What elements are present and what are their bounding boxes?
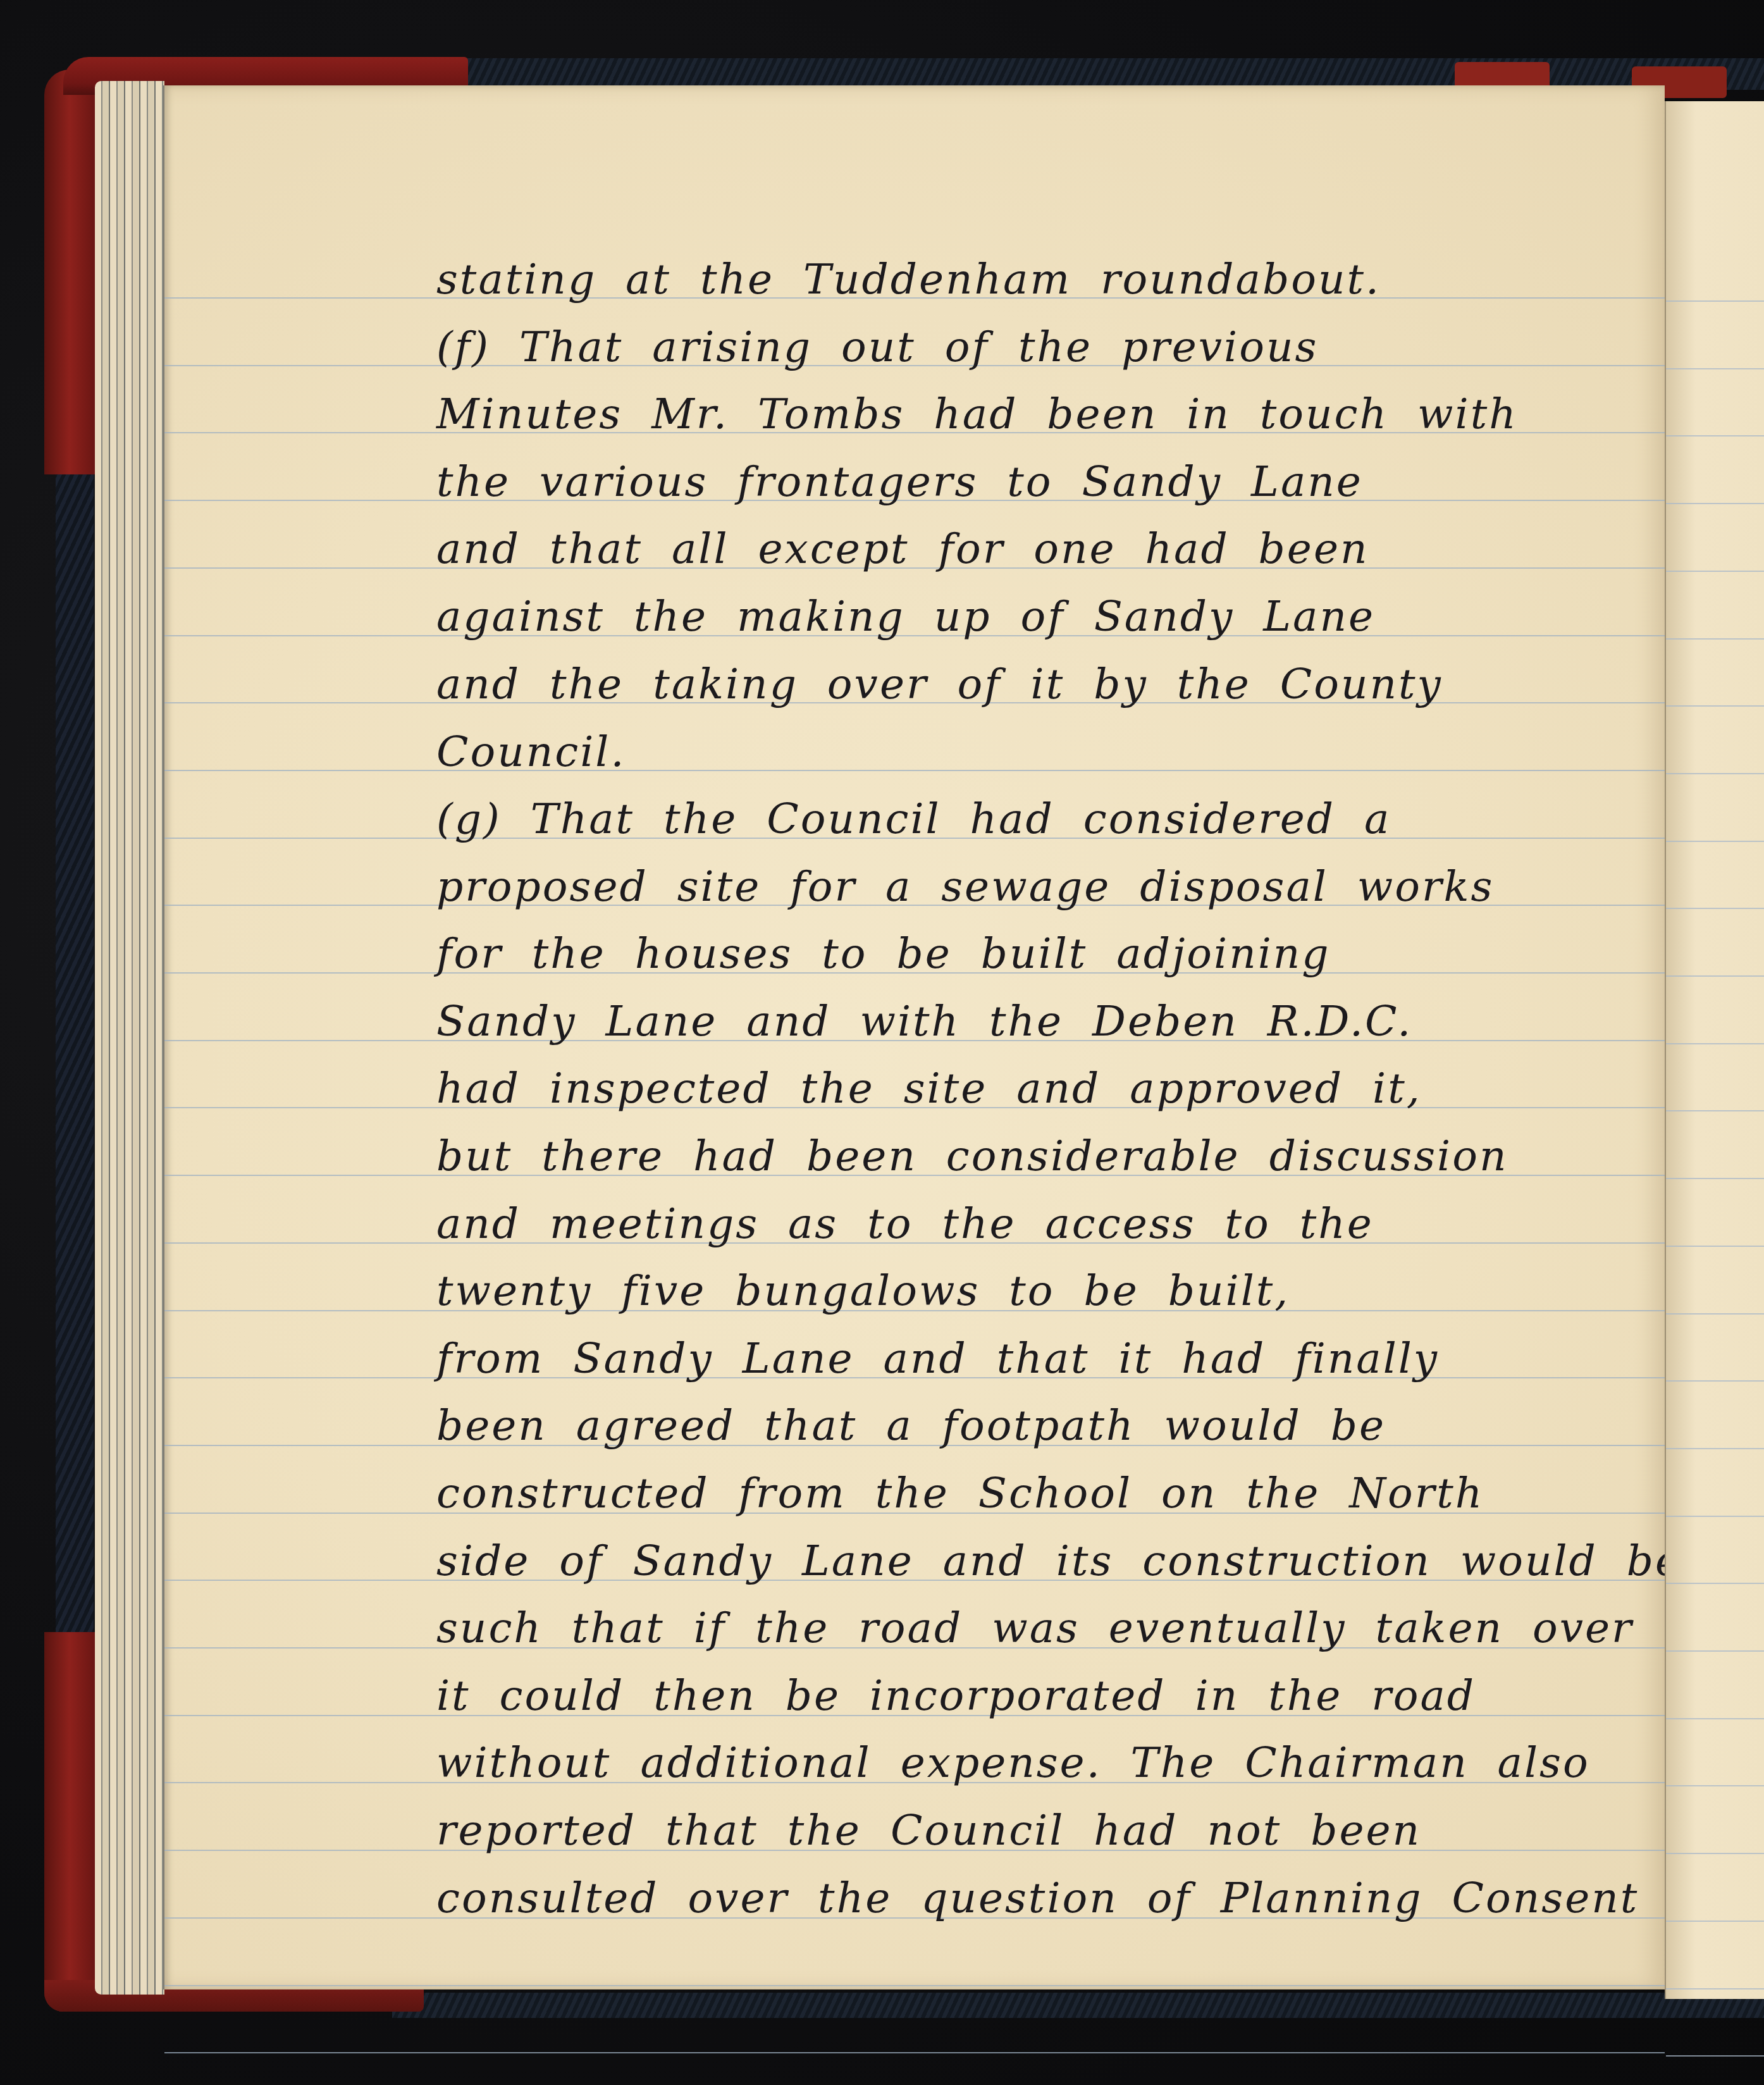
facing-ruled-line: [1666, 1110, 1764, 1111]
facing-ruled-line: [1666, 1988, 1764, 1989]
facing-ruled-line: [1666, 571, 1764, 572]
text-line: against the making up of Sandy Lane: [436, 588, 1375, 645]
facing-ruled-line: [1666, 773, 1764, 774]
facing-ruled-line: [1666, 300, 1764, 302]
facing-ruled-line: [1666, 1380, 1764, 1382]
text-line: stating at the Tuddenham roundabout.: [436, 251, 1381, 308]
ruled-line: [164, 770, 1665, 771]
facing-page-edge: [1665, 101, 1764, 1999]
text-line: for the houses to be built adjoining: [436, 925, 1331, 982]
text-line: and the taking over of it by the County: [436, 656, 1443, 713]
text-line: but there had been considerable discussi…: [436, 1128, 1508, 1185]
text-line: been agreed that a footpath would be: [436, 1397, 1386, 1454]
facing-ruled-line: [1666, 1718, 1764, 1719]
text-line: the various frontagers to Sandy Lane: [436, 454, 1363, 510]
text-line: twenty five bungalows to be built,: [436, 1263, 1290, 1320]
text-line: without additional expense. The Chairman…: [436, 1735, 1590, 1791]
facing-ruled-line: [1666, 1785, 1764, 1786]
facing-ruled-line: [1666, 1516, 1764, 1517]
text-line: it could then be incorporated in the roa…: [436, 1667, 1476, 1724]
facing-ruled-line: [1666, 705, 1764, 707]
facing-ruled-line: [1666, 1650, 1764, 1652]
text-line: Council.: [436, 724, 626, 781]
facing-ruled-line: [1666, 1583, 1764, 1584]
leather-corner-top-left-side: [44, 70, 95, 474]
ruled-line: [164, 1985, 1665, 1986]
facing-ruled-line: [1666, 1043, 1764, 1044]
text-line: and that all except for one had been: [436, 521, 1369, 578]
leather-corner-bottom-left-side: [44, 1632, 95, 2012]
ruled-line: [164, 2052, 1665, 2053]
text-line: reported that the Council had not been: [436, 1802, 1421, 1859]
manuscript-page: stating at the Tuddenham roundabout. (f)…: [163, 85, 1665, 1989]
facing-ruled-line: [1666, 1178, 1764, 1179]
text-line: consulted over the question of Planning …: [436, 1870, 1639, 1927]
text-line: had inspected the site and approved it,: [436, 1060, 1422, 1117]
text-line: Minutes Mr. Tombs had been in touch with: [436, 386, 1518, 443]
text-line: and meetings as to the access to the: [436, 1196, 1374, 1253]
facing-ruled-line: [1666, 975, 1764, 977]
text-line: (g) That the Council had considered a: [436, 791, 1391, 848]
facing-ruled-line: [1666, 638, 1764, 640]
text-line: Sandy Lane and with the Deben R.D.C.: [436, 993, 1412, 1050]
text-line: constructed from the School on the North: [436, 1465, 1484, 1522]
text-line: (f) That arising out of the previous: [436, 319, 1318, 376]
text-line: from Sandy Lane and that it had finally: [436, 1330, 1439, 1387]
cloth-board-bottom: [392, 1993, 1764, 2018]
facing-ruled-line: [1666, 1448, 1764, 1449]
facing-ruled-line: [1666, 1921, 1764, 1922]
facing-ruled-line: [1666, 1853, 1764, 1854]
cloth-board-left: [56, 443, 94, 1645]
text-line: such that if the road was eventually tak…: [436, 1600, 1634, 1657]
facing-ruled-line: [1666, 908, 1764, 909]
facing-ruled-line: [1666, 368, 1764, 369]
facing-ruled-line: [1666, 435, 1764, 436]
text-line: side of Sandy Lane and its construction …: [436, 1533, 1682, 1590]
facing-ruled-line: [1666, 503, 1764, 504]
text-line: proposed site for a sewage disposal work…: [436, 858, 1494, 915]
facing-ruled-line: [1666, 841, 1764, 842]
page-edges-stack: [95, 81, 164, 1995]
facing-ruled-line: [1666, 2055, 1764, 2057]
facing-ruled-line: [1666, 1246, 1764, 1247]
facing-ruled-line: [1666, 1313, 1764, 1315]
